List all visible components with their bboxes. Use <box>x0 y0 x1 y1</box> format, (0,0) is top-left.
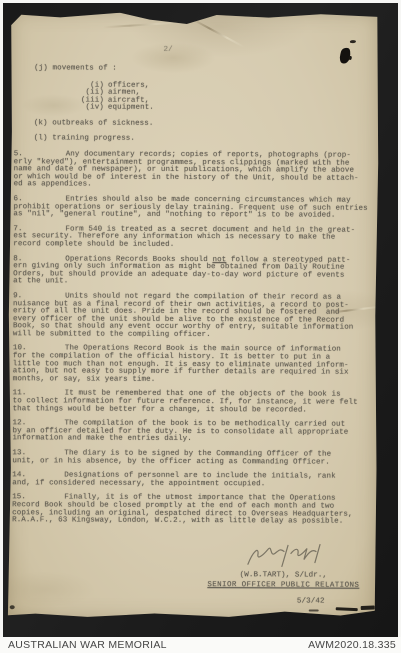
handwritten-signature <box>244 540 330 572</box>
roman-sub-list: (i)officers,(ii)airmen,(iii)aircraft,(iv… <box>74 82 154 113</box>
signatory-name: (W.B.TART), S/Ldr., <box>176 572 391 581</box>
paragraph-14: 14.Designations of personnel are to incl… <box>12 472 376 489</box>
list-item-text: outbreaks of sickness. <box>52 119 153 127</box>
paragraph-12: 12.The compilation of the book is to be … <box>12 420 376 444</box>
list-item-k: (k) outbreaks of sickness. <box>34 120 154 128</box>
paragraph-number: 11. <box>13 391 27 399</box>
paragraph-6: 6.Entries should also be made concerning… <box>13 196 377 220</box>
list-item-text: movements of : <box>52 64 116 72</box>
paragraph-number: 6. <box>13 196 22 204</box>
paragraph-5: 5.Any documentary records; copies of rep… <box>14 151 378 191</box>
torn-edge-mark <box>10 605 15 609</box>
paper-crease <box>191 18 245 48</box>
memorial-name: AUSTRALIAN WAR MEMORIAL <box>8 639 167 651</box>
document-page: 2/ (j) movements of : (i)officers,(ii)ai… <box>6 9 381 622</box>
paragraph-9: 9.Units should not regard the compilatio… <box>13 293 377 340</box>
page-number: 2/ <box>138 47 198 55</box>
paragraph-15: 15.Finally, it is of the utmost importan… <box>12 495 376 527</box>
paragraph-number: 13. <box>12 450 26 458</box>
paragraph-line: will be submitted to the compiling offic… <box>13 331 377 340</box>
paragraph-13: 13.The diary is to be signed by the Comm… <box>12 450 376 467</box>
roman-sub-item: (iv)equipment. <box>74 105 154 113</box>
list-item-label: (k) <box>34 119 48 127</box>
torn-edge-mark <box>361 605 375 610</box>
list-item-j: (j) movements of : <box>34 65 154 73</box>
paragraph-line: R.A.A.F., 63 Kingsway, London, W.C.2., w… <box>12 517 376 526</box>
paragraph-7: 7.Form 540 is treated as a secret docume… <box>13 226 377 250</box>
torn-edge-mark <box>336 607 358 611</box>
paragraph-line: at the unit. <box>13 279 377 288</box>
paragraph-number: 15. <box>12 495 26 503</box>
signature-block: (W.B.TART), S/Ldr., SENIOR OFFICER PUBLI… <box>176 572 391 590</box>
paragraph-line: record complete should be included. <box>13 241 377 250</box>
paragraph-number: 10. <box>13 346 27 354</box>
signatory-title: SENIOR OFFICER PUBLIC RELATIONS <box>176 582 391 591</box>
sub-item-list: (j) movements of : (i)officers,(ii)airme… <box>34 65 154 143</box>
list-item-label: (l) <box>34 134 48 142</box>
paragraph-10: 10.The Operations Record Book is the mai… <box>13 346 377 386</box>
list-item-label: (j) <box>34 64 48 72</box>
paragraph-list: 5.Any documentary records; copies of rep… <box>12 151 378 533</box>
list-item-l: (l) training progress. <box>34 135 154 143</box>
paragraph-number: 9. <box>13 293 22 301</box>
paper-crease <box>103 21 183 28</box>
torn-edge-mark <box>309 610 319 612</box>
paragraph-number: 7. <box>13 226 22 234</box>
paragraph-line: months, or say, six years time. <box>13 376 377 385</box>
paragraph-number: 12. <box>13 420 27 428</box>
accession-number: AWM2020.18.335 <box>308 639 396 651</box>
paragraph-line: unit, or in his absence, by the officer … <box>12 458 376 467</box>
paragraph-line: as "nil", "general routine", and "nothin… <box>13 211 377 220</box>
paragraph-line: information and make the entries daily. <box>12 436 376 445</box>
paragraph-number: 14. <box>12 472 26 480</box>
caption-bar: AUSTRALIAN WAR MEMORIAL AWM2020.18.335 <box>0 637 401 653</box>
paragraph-number: 5. <box>14 151 23 159</box>
ink-blot <box>338 47 352 65</box>
paragraph-11: 11.It must be remembered that one of the… <box>13 391 377 415</box>
paragraph-line: and, if considered necessary, the appoin… <box>12 480 376 489</box>
list-item-text: training progress. <box>52 134 135 142</box>
paragraph-8: 8.Operations Records Books should not fo… <box>13 256 377 288</box>
paragraph-line: that things would be better for a change… <box>13 406 377 415</box>
paragraph-line: ed as appendices. <box>14 182 378 191</box>
paragraph-number: 8. <box>13 256 22 264</box>
signature-date: 5/3/42 <box>281 598 341 606</box>
